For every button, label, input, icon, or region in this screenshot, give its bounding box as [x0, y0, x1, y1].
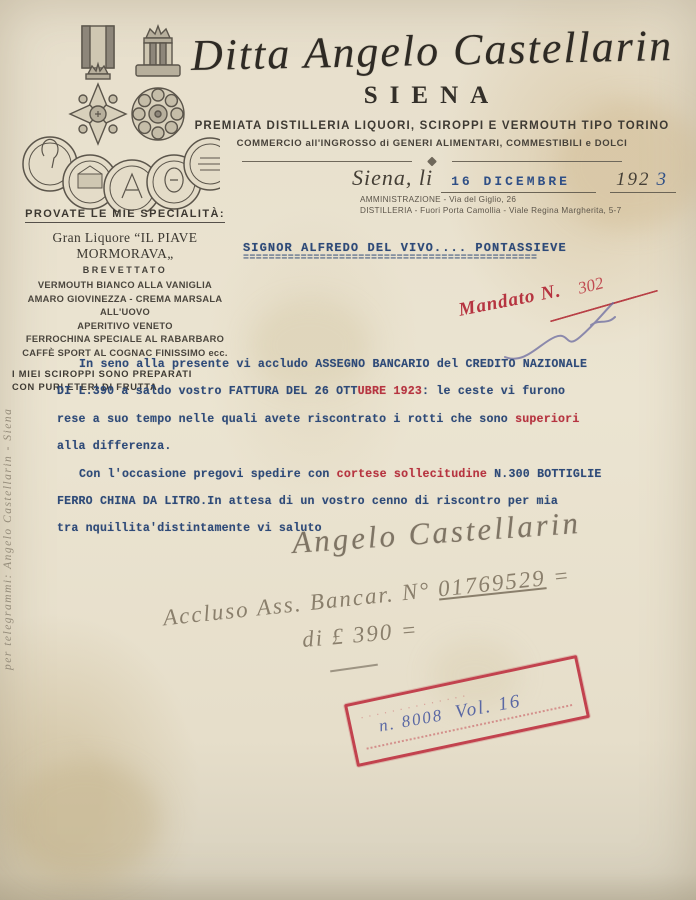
cheque-number: 01769529 — [437, 565, 547, 601]
body-segment: UBRE 1923 — [358, 385, 422, 398]
dateline: Siena, li 16 DICEMBRE 1923 — [352, 165, 676, 191]
body-segment: tra nquillita'distintamente vi saluto — [57, 522, 322, 535]
recipient-block: SIGNOR ALFREDO DEL VIVO.... PONTASSIEVE … — [243, 241, 663, 264]
pencil-dash — [330, 664, 378, 673]
scanned-letter-document: Ditta Angelo Castellarin SIENA PREMIATA … — [0, 0, 696, 900]
dateline-place: Siena, li — [352, 165, 433, 190]
paper-stain — [10, 760, 160, 880]
body-line: In seno alla presente vi accludo ASSEGNO… — [57, 351, 689, 378]
dateline-year-handwritten: 3 — [656, 169, 666, 190]
distillery-address: DISTILLERIA - Fuori Porta Camollia - Via… — [360, 205, 621, 216]
administration-address: AMMINISTRAZIONE - Via del Giglio, 26 — [360, 194, 621, 205]
recipient-underline: ========================================… — [243, 253, 663, 264]
body-line: DI L.390 a saldo vostro FATTURA DEL 26 O… — [57, 378, 689, 405]
company-name: Ditta Angelo Castellarin — [178, 21, 687, 82]
body-line: rese a suo tempo nelle quali avete risco… — [57, 406, 689, 433]
company-subtitle-2: COMMERCIO all'INGROSSO di GENERI ALIMENT… — [178, 138, 686, 149]
body-segment: DI L.390 a saldo vostro FATTURA DEL 26 O… — [57, 385, 358, 398]
body-segment: Con l'occasione pregovi spedire con — [79, 468, 337, 481]
address-lines: AMMINISTRAZIONE - Via del Giglio, 26 DIS… — [360, 194, 621, 216]
telegram-side-note: per telegrammi: Angelo Castellarin - Sie… — [2, 330, 14, 670]
body-segment: : le ceste vi furono — [422, 385, 565, 398]
specialty-main-product: Gran Liquore “IL PIAVE MORMORAVA„ — [8, 230, 242, 262]
handwritten-note-amount: di £ 390 = — [301, 617, 419, 653]
letterhead: Ditta Angelo Castellarin SIENA PREMIATA … — [178, 26, 686, 167]
specialties-heading: PROVATE LE MIE SPECIALITÀ: — [25, 208, 225, 223]
company-subtitle-1: PREMIATA DISTILLERIA LIQUORI, SCIROPPI E… — [178, 120, 686, 132]
list-item: AMARO GIOVINEZZA - CREMA MARSALA ALL'UOV… — [8, 293, 242, 320]
body-line: Con l'occasione pregovi spedire con cort… — [57, 461, 689, 488]
body-segment: N.300 BOTTIGLIE — [487, 468, 602, 481]
list-item: APERITIVO VENETO — [8, 320, 242, 334]
body-segment: superiori — [515, 413, 579, 426]
dateline-stamped-date: 16 DICEMBRE — [441, 174, 596, 193]
company-city: SIENA — [178, 82, 686, 110]
body-segment: alla differenza. — [57, 440, 172, 453]
body-segment: rese a suo tempo nelle quali avete risco… — [57, 413, 515, 426]
list-item: VERMOUTH BIANCO ALLA VANIGLIA — [8, 279, 242, 293]
dateline-year: 1923 — [610, 172, 676, 193]
patented-label: BREVETTATO — [8, 265, 242, 275]
list-item: FERROCHINA SPECIALE AL RABARBARO — [8, 333, 242, 347]
body-segment: In seno alla presente vi accludo ASSEGNO… — [79, 358, 587, 371]
specialties-list: VERMOUTH BIANCO ALLA VANIGLIAAMARO GIOVI… — [8, 279, 242, 360]
body-text: In seno alla presente vi accludo ASSEGNO… — [57, 351, 689, 543]
body-line: alla differenza. — [57, 433, 689, 460]
body-line: FERRO CHINA DA LITRO.In attesa di un vos… — [57, 488, 689, 515]
body-segment: FERRO CHINA DA LITRO.In attesa di un vos… — [57, 495, 558, 508]
body-segment: cortese sollecitudine — [337, 468, 487, 481]
